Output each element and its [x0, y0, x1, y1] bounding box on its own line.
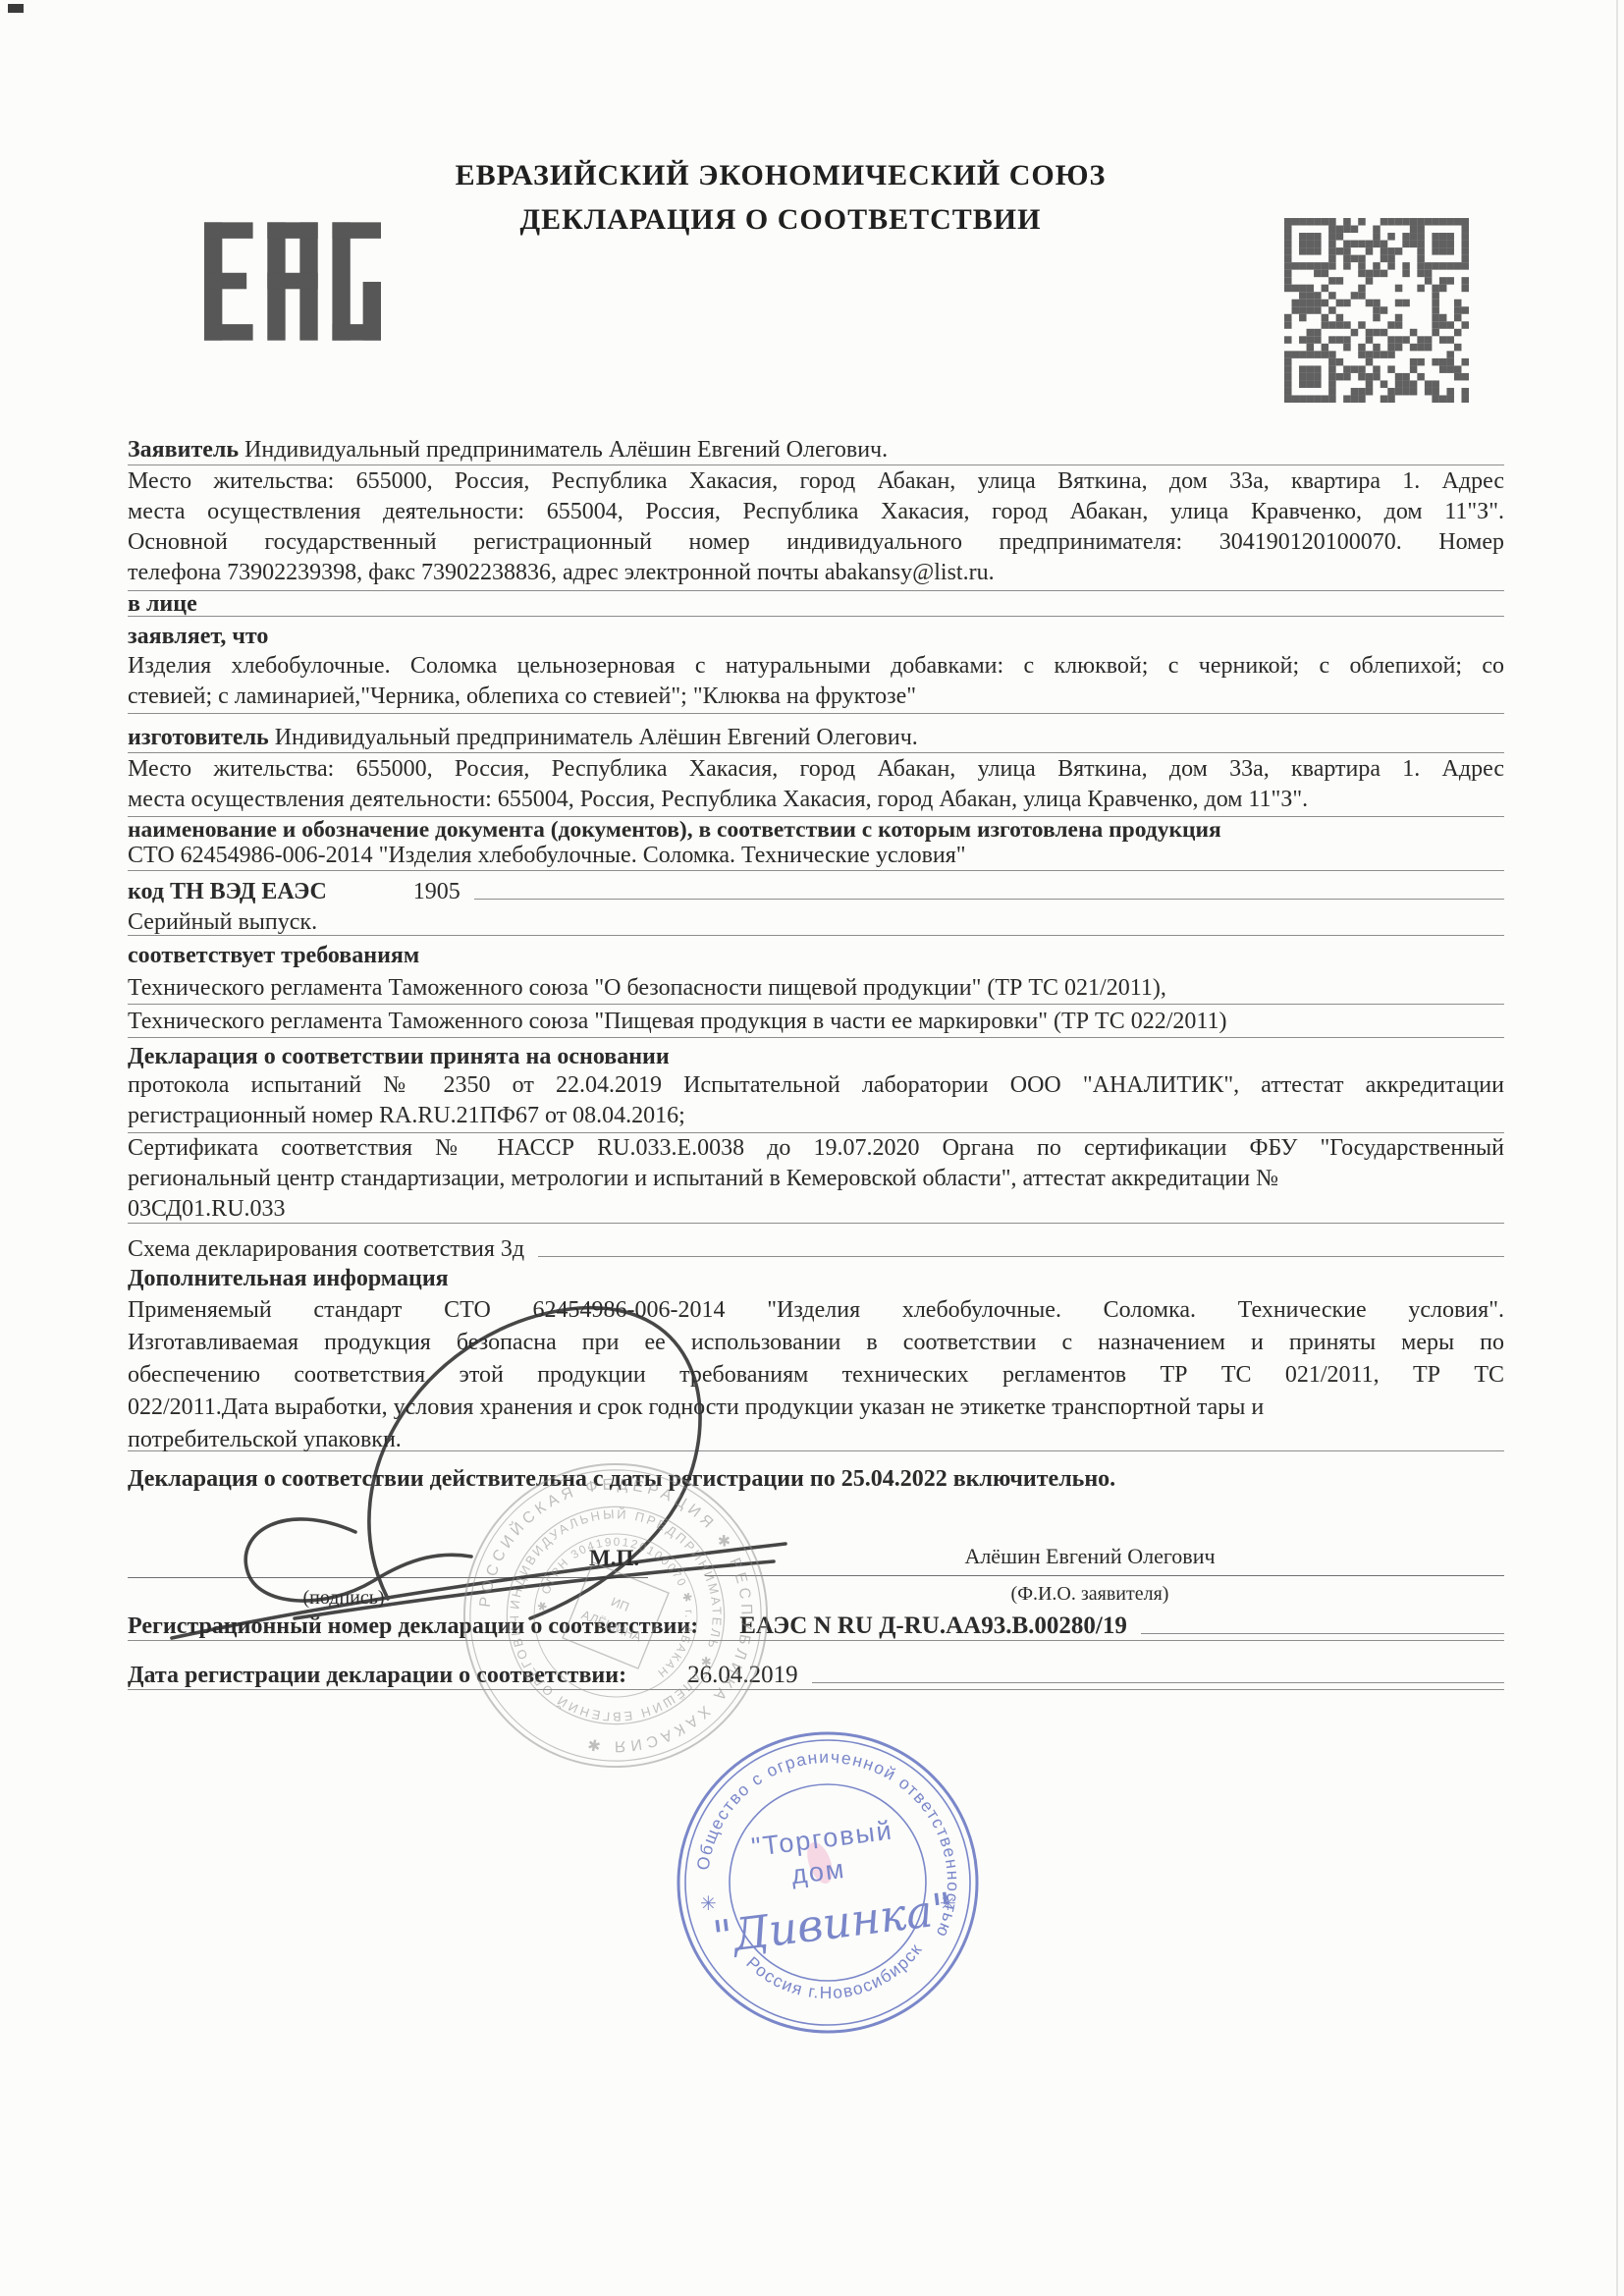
scheme-row: Схема декларирования соответствия 3д	[128, 1233, 1504, 1263]
paragraph-line: Применяемый стандарт СТО 62454986-006-20…	[128, 1294, 1504, 1327]
company-stamp-asterisk-left: ✳	[700, 1893, 717, 1915]
additional-info-label: Дополнительная информация	[128, 1265, 1504, 1293]
applicant-row: Заявитель Индивидуальный предприниматель…	[128, 436, 1504, 465]
scheme-rule-line	[538, 1256, 1504, 1257]
company-stamp-inner-2: дом	[789, 1854, 847, 1890]
additional-info-text: Применяемый стандарт СТО 62454986-006-20…	[128, 1294, 1504, 1424]
paragraph-line: Место жительства: 655000, Россия, Респуб…	[128, 754, 1504, 785]
fio-caption: (Ф.И.О. заявителя)	[835, 1583, 1345, 1606]
scan-edge-artifact	[1616, 0, 1618, 2296]
eac-logo-icon	[204, 222, 381, 341]
signature-caption: (подпись)	[206, 1587, 481, 1610]
registration-number-value: ЕАЭС N RU Д-RU.АА93.В.00280/19	[739, 1612, 1127, 1641]
company-stamp-inner-1: "Торговый	[750, 1816, 895, 1862]
paragraph-line: Изготавливаемая продукция безопасна при …	[128, 1327, 1504, 1359]
in-person-row: в лице	[128, 590, 1504, 617]
additional-info-last-line: потребительской упаковки.	[128, 1426, 1504, 1451]
registration-date-rule	[812, 1682, 1504, 1683]
seal-place-label: М.П.	[589, 1546, 639, 1571]
tnved-label: код ТН ВЭД ЕАЭС	[128, 878, 327, 905]
company-stamp-script-name: "Дивинка"	[710, 1883, 955, 1964]
basis-label: Декларация о соответствии принята на осн…	[128, 1043, 1504, 1070]
regulation-1: Технического регламента Таможенного союз…	[128, 974, 1504, 1005]
conformity-label: соответствует требованиям	[128, 942, 1504, 970]
doc-reference-value: СТО 62454986-006-2014 "Изделия хлебобуло…	[128, 842, 1504, 871]
signature-line-left	[128, 1577, 648, 1578]
manufacturer-label: изготовитель	[128, 725, 269, 750]
union-title: ЕВРАЗИЙСКИЙ ЭКОНОМИЧЕСКИЙ СОЮЗ	[128, 159, 1434, 192]
paragraph-line: стевией; с ламинарией,"Черника, облепиха…	[128, 682, 1504, 712]
registration-number-label: Регистрационный номер декларации о соотв…	[128, 1613, 698, 1640]
company-stamp-asterisk-right: ✳	[940, 1893, 956, 1915]
registration-number-rule	[1141, 1633, 1504, 1634]
doc-reference-label: наименование и обозначение документа (до…	[128, 817, 1504, 844]
basis-protocol: протокола испытаний № 2350 от 22.04.2019…	[128, 1070, 1504, 1133]
company-stamp-top-text: Общество с ограниченной ответственностью	[693, 1747, 964, 1941]
paragraph-line: Основной государственный регистрационный…	[128, 527, 1504, 558]
svg-text:Россия г.Новосибирск: Россия г.Новосибирск	[742, 1940, 926, 2002]
applicant-fio: Алёшин Евгений Олегович	[835, 1544, 1345, 1569]
svg-text:Общество с ограниченной ответс: Общество с ограниченной ответственностью	[693, 1747, 964, 1941]
paragraph-line: телефона 73902239398, факс 73902238836, …	[128, 558, 1504, 588]
paragraph-line: Изделия хлебобулочные. Соломка цельнозер…	[128, 651, 1504, 682]
paragraph-line: регистрационный номер RA.RU.21ПФ67 от 08…	[128, 1101, 1504, 1131]
paragraph-line: Сертификата соответствия № НАССР RU.033.…	[128, 1133, 1504, 1164]
registration-date-value: 26.04.2019	[687, 1661, 798, 1690]
stamp-ink-smudge	[802, 1839, 838, 1887]
paragraph-line: протокола испытаний № 2350 от 22.04.2019…	[128, 1070, 1504, 1101]
paragraph-line: 022/2011.Дата выработки, условия хранени…	[128, 1392, 1504, 1424]
product-description: Изделия хлебобулочные. Соломка цельнозер…	[128, 651, 1504, 714]
manufacturer-name: Индивидуальный предприниматель Алёшин Ев…	[275, 725, 918, 750]
paragraph-line: места осуществления деятельности: 655004…	[128, 497, 1504, 527]
certificate-number-tail: 03СД01.RU.033	[128, 1195, 1504, 1224]
applicant-name: Индивидуальный предприниматель Алёшин Ев…	[244, 437, 888, 463]
applicant-details: Место жительства: 655000, Россия, Респуб…	[128, 466, 1504, 591]
validity-row: Декларация о соответствии действительна …	[128, 1465, 1504, 1495]
registration-number-row: Регистрационный номер декларации о соотв…	[128, 1609, 1504, 1641]
paragraph-line: обеспечению соответствия этой продукции …	[128, 1359, 1504, 1392]
manufacturer-row: изготовитель Индивидуальный предпринимат…	[128, 724, 1504, 753]
tnved-row: код ТН ВЭД ЕАЭС 1905	[128, 876, 1504, 905]
scheme-text: Схема декларирования соответствия 3д	[128, 1235, 524, 1263]
paragraph-line: Место жительства: 655000, Россия, Респуб…	[128, 466, 1504, 497]
registration-date-row: Дата регистрации декларации о соответств…	[128, 1656, 1504, 1690]
declares-row: заявляет, что	[128, 623, 1504, 650]
registration-date-label: Дата регистрации декларации о соответств…	[128, 1662, 626, 1689]
regulation-2: Технического регламента Таможенного союз…	[128, 1008, 1504, 1038]
scan-speck	[8, 4, 24, 13]
company-stamp-bottom-text: Россия г.Новосибирск	[742, 1940, 926, 2002]
company-stamp: Общество с ограниченной ответственностью…	[673, 1727, 983, 2038]
tnved-rule-line	[474, 899, 1504, 900]
declaration-document: ЕВРАЗИЙСКИЙ ЭКОНОМИЧЕСКИЙ СОЮЗ ДЕКЛАРАЦИ…	[0, 0, 1624, 2296]
qr-code	[1284, 218, 1469, 403]
paragraph-line: региональный центр стандартизации, метро…	[128, 1164, 1504, 1194]
tnved-value: 1905	[413, 878, 460, 905]
paragraph-line: места осуществления деятельности: 655004…	[128, 785, 1504, 815]
signature-line-right	[705, 1575, 1504, 1576]
manufacturer-details: Место жительства: 655000, Россия, Респуб…	[128, 754, 1504, 817]
serial-row: Серийный выпуск.	[128, 908, 1504, 936]
applicant-label: Заявитель	[128, 437, 239, 463]
basis-certificate: Сертификата соответствия № НАССР RU.033.…	[128, 1133, 1504, 1193]
